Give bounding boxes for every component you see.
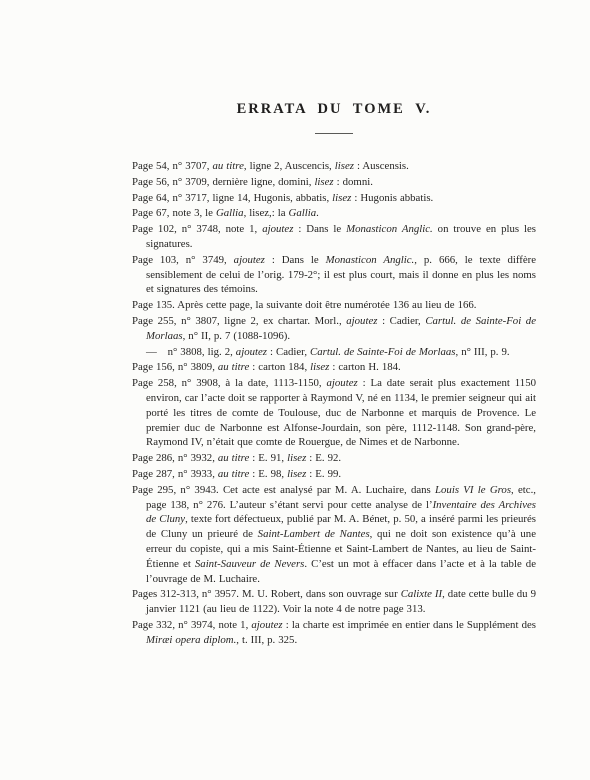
entry-text: , n° II, p. 7 (1088-1096). — [183, 330, 290, 342]
entry-text: Page 56, n° 3709, dernière ligne, domini… — [132, 176, 314, 188]
entry-text: — n° 3808, lig. 2, — [146, 346, 236, 358]
errata-entry: Page 135. Après cette page, la suivante … — [132, 298, 536, 313]
entry-text: Pages 312-313, n° 3957. M. U. Robert, da… — [132, 588, 401, 600]
entry-text: Page 135. Après cette page, la suivante … — [132, 299, 477, 311]
entry-italic-text: Miræi opera diplom. — [146, 634, 236, 646]
errata-entry: Page 255, n° 3807, ligne 2, ex chartar. … — [132, 314, 536, 344]
errata-entry: Page 287, n° 3933, au titre : E. 98, lis… — [132, 467, 536, 482]
entry-text: : Cadier, — [267, 346, 310, 358]
entry-text: : carton 184, — [249, 361, 310, 373]
entry-text: Page 255, n° 3807, ligne 2, ex chartar. … — [132, 315, 346, 327]
entry-text: , lisez,: la — [244, 207, 289, 219]
entry-text: Page 54, n° 3707, — [132, 160, 213, 172]
entry-italic-text: Calixte II — [401, 588, 442, 600]
entry-italic-text: Cartul. de Sainte-Foi de Morlaas — [310, 346, 455, 358]
entry-italic-text: ajoutez — [262, 223, 293, 235]
errata-list: Page 54, n° 3707, au titre, ligne 2, Aus… — [132, 159, 536, 648]
entry-italic-text: au titre — [213, 160, 244, 172]
scan-noise-speckles — [0, 0, 2, 2]
entry-text: Page 258, n° 3908, à la date, 1113-1150, — [132, 377, 327, 389]
entry-italic-text: lisez — [310, 361, 329, 373]
entry-text: : E. 99. — [306, 468, 341, 480]
entry-text: Page 286, n° 3932, — [132, 452, 218, 464]
entry-text: : la charte est imprimée en entier dans … — [283, 619, 536, 631]
entry-text: : Dans le — [293, 223, 346, 235]
errata-entry: — n° 3808, lig. 2, ajoutez : Cadier, Car… — [132, 345, 536, 360]
errata-entry: Pages 312-313, n° 3957. M. U. Robert, da… — [132, 587, 536, 617]
entry-italic-text: ajoutez — [327, 377, 358, 389]
errata-entry: Page 64, n° 3717, ligne 14, Hugonis, abb… — [132, 191, 536, 206]
title-divider-rule — [315, 133, 353, 134]
entry-text: : Hugonis abbatis. — [351, 192, 433, 204]
entry-text: : domni. — [334, 176, 373, 188]
entry-italic-text: Saint-Lambert de Nantes — [258, 528, 370, 540]
entry-italic-text: Gallia — [289, 207, 317, 219]
entry-italic-text: ajoutez — [234, 254, 265, 266]
entry-text: Page 64, n° 3717, ligne 14, Hugonis, abb… — [132, 192, 332, 204]
errata-entry: Page 102, n° 3748, note 1, ajoutez : Dan… — [132, 222, 536, 252]
entry-text: Page 332, n° 3974, note 1, — [132, 619, 251, 631]
entry-text: Page 67, note 3, le — [132, 207, 216, 219]
entry-italic-text: lisez — [332, 192, 351, 204]
entry-italic-text: lisez — [287, 452, 306, 464]
entry-italic-text: Louis VI le Gros — [435, 484, 511, 496]
entry-italic-text: au titre — [218, 361, 249, 373]
entry-italic-text: Monasticon Anglic. — [326, 254, 415, 266]
entry-text: . — [316, 207, 319, 219]
entry-italic-text: ajoutez — [251, 619, 282, 631]
entry-italic-text: lisez — [287, 468, 306, 480]
scanned-book-page: ERRATA DU TOME V. Page 54, n° 3707, au t… — [0, 0, 590, 780]
entry-text: Page 103, n° 3749, — [132, 254, 234, 266]
entry-text: : E. 92. — [306, 452, 341, 464]
entry-italic-text: au titre — [218, 468, 249, 480]
entry-text: Page 102, n° 3748, note 1, — [132, 223, 262, 235]
errata-entry: Page 103, n° 3749, ajoutez : Dans le Mon… — [132, 253, 536, 297]
entry-text: : E. 98, — [249, 468, 287, 480]
errata-entry: Page 286, n° 3932, au titre : E. 91, lis… — [132, 451, 536, 466]
entry-text: , t. III, p. 325. — [236, 634, 297, 646]
entry-text: : carton H. 184. — [329, 361, 400, 373]
errata-entry: Page 332, n° 3974, note 1, ajoutez : la … — [132, 618, 536, 648]
entry-italic-text: lisez — [335, 160, 354, 172]
errata-entry: Page 56, n° 3709, dernière ligne, domini… — [132, 175, 536, 190]
entry-text: Page 156, n° 3809, — [132, 361, 218, 373]
errata-entry: Page 67, note 3, le Gallia, lisez,: la G… — [132, 206, 536, 221]
entry-text: , n° III, p. 9. — [456, 346, 510, 358]
entry-text: : Auscensis. — [354, 160, 409, 172]
entry-text: : E. 91, — [249, 452, 287, 464]
errata-entry: Page 156, n° 3809, au titre : carton 184… — [132, 360, 536, 375]
page-title: ERRATA DU TOME V. — [132, 101, 536, 118]
entry-italic-text: Saint-Sauveur de Nevers — [195, 558, 304, 570]
entry-italic-text: ajoutez — [236, 346, 267, 358]
errata-entry: Page 295, n° 3943. Cet acte est analysé … — [132, 483, 536, 587]
entry-italic-text: Monasticon Anglic. — [346, 223, 433, 235]
entry-italic-text: ajoutez — [346, 315, 377, 327]
errata-entry: Page 258, n° 3908, à la date, 1113-1150,… — [132, 376, 536, 450]
entry-italic-text: au titre — [218, 452, 249, 464]
entry-italic-text: Gallia — [216, 207, 244, 219]
entry-text: , ligne 2, Auscencis, — [244, 160, 335, 172]
entry-text: : Dans le — [265, 254, 326, 266]
page-content: ERRATA DU TOME V. Page 54, n° 3707, au t… — [132, 0, 536, 649]
entry-italic-text: lisez — [314, 176, 333, 188]
errata-entry: Page 54, n° 3707, au titre, ligne 2, Aus… — [132, 159, 536, 174]
entry-text: Page 295, n° 3943. Cet acte est analysé … — [132, 484, 435, 496]
entry-text: : Cadier, — [377, 315, 425, 327]
entry-text: Page 287, n° 3933, — [132, 468, 218, 480]
